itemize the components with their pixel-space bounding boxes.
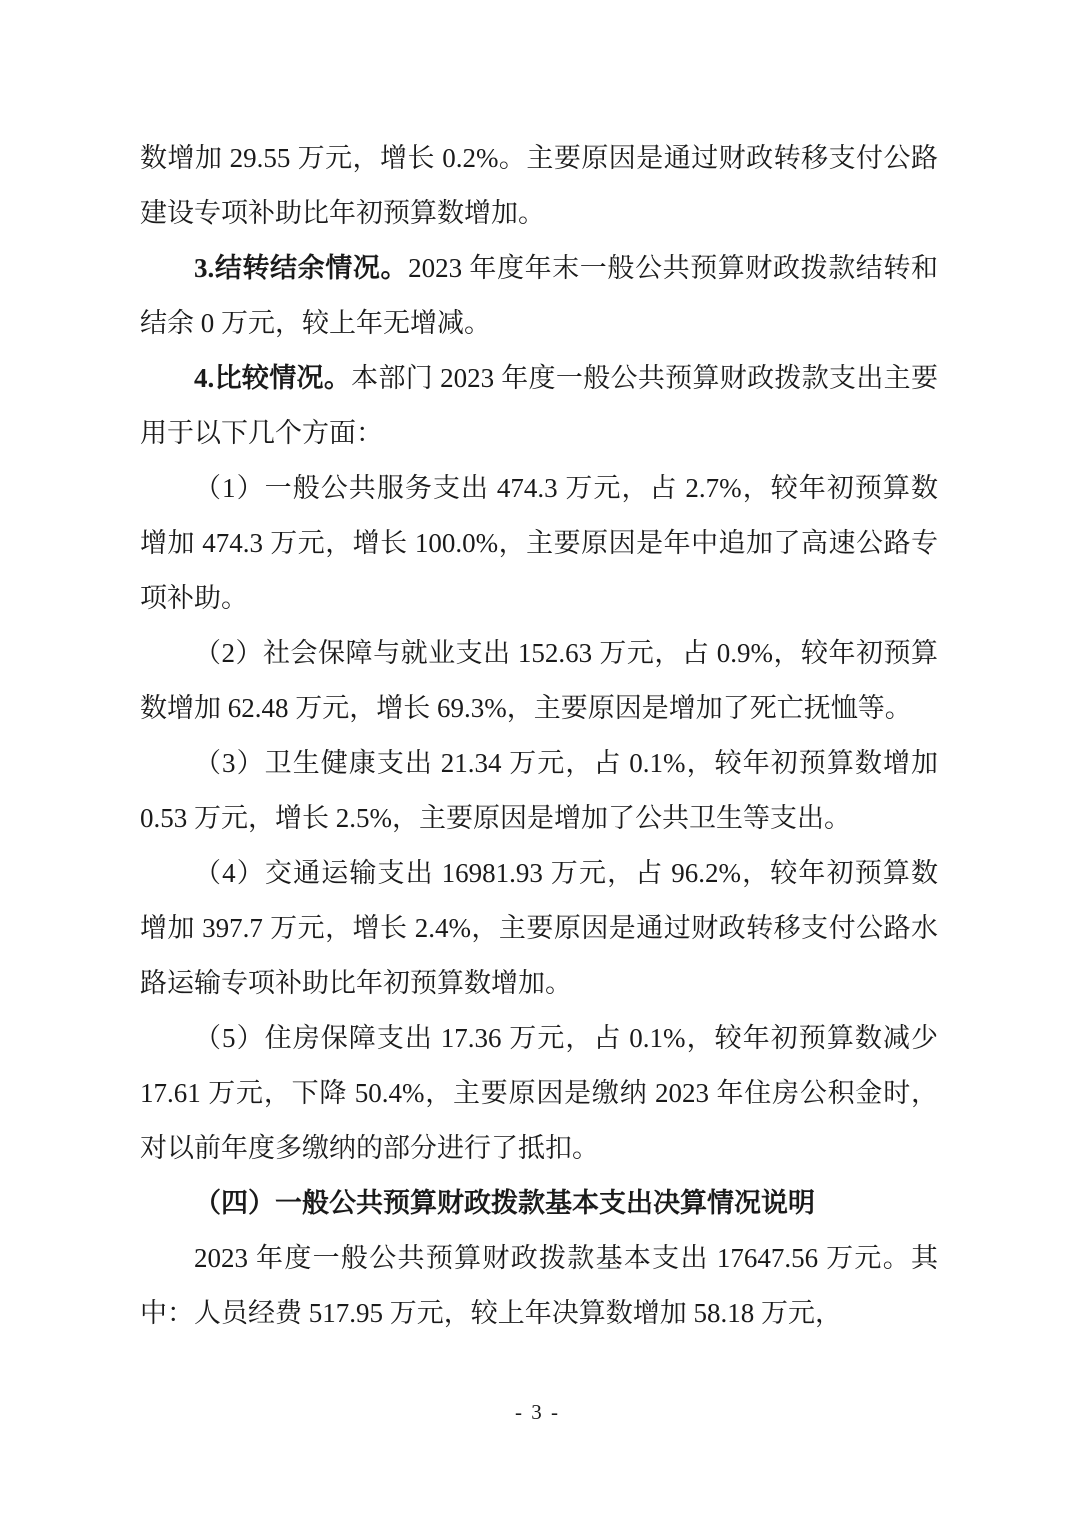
text-segment: （2）社会保障与就业支出 152.63 万元，占 0.9%，较年初预算数增加 6… [140,638,938,723]
text-segment: （4）交通运输支出 16981.93 万元，占 96.2%，较年初预算数增加 3… [140,858,938,998]
text-segment: （1）一般公共服务支出 474.3 万元，占 2.7%，较年初预算数增加 474… [140,473,938,613]
paragraph: （4）交通运输支出 16981.93 万元，占 96.2%，较年初预算数增加 3… [140,846,938,1011]
document-body: 数增加 29.55 万元，增长 0.2%。主要原因是通过财政转移支付公路建设专项… [140,131,938,1341]
paragraph: （3）卫生健康支出 21.34 万元，占 0.1%，较年初预算数增加 0.53 … [140,736,938,846]
paragraph: （1）一般公共服务支出 474.3 万元，占 2.7%，较年初预算数增加 474… [140,461,938,626]
text-segment: （3）卫生健康支出 21.34 万元，占 0.1%，较年初预算数增加 0.53 … [140,748,938,833]
page-number: - 3 - [0,1398,1075,1426]
text-segment: 数增加 29.55 万元，增长 0.2%。主要原因是通过财政转移支付公路建设专项… [140,143,938,228]
paragraph: （2）社会保障与就业支出 152.63 万元，占 0.9%，较年初预算数增加 6… [140,626,938,736]
paragraph: 2023 年度一般公共预算财政拨款基本支出 17647.56 万元。其中：人员经… [140,1231,938,1341]
document-page: 数增加 29.55 万元，增长 0.2%。主要原因是通过财政转移支付公路建设专项… [0,0,1075,1520]
section-heading: （四）一般公共预算财政拨款基本支出决算情况说明 [194,1188,815,1218]
paragraph: 3.结转结余情况。2023 年度年末一般公共预算财政拨款结转和结余 0 万元，较… [140,241,938,351]
inline-heading: 4.比较情况。 [194,363,351,393]
inline-heading: 3.结转结余情况。 [194,253,408,283]
paragraph: 数增加 29.55 万元，增长 0.2%。主要原因是通过财政转移支付公路建设专项… [140,131,938,241]
paragraph: 4.比较情况。本部门 2023 年度一般公共预算财政拨款支出主要用于以下几个方面… [140,351,938,461]
text-segment: 2023 年度一般公共预算财政拨款基本支出 17647.56 万元。其中：人员经… [140,1243,938,1328]
paragraph: （5）住房保障支出 17.36 万元，占 0.1%，较年初预算数减少 17.61… [140,1011,938,1176]
paragraph: （四）一般公共预算财政拨款基本支出决算情况说明 [140,1176,938,1231]
text-segment: （5）住房保障支出 17.36 万元，占 0.1%，较年初预算数减少 17.61… [140,1023,938,1163]
